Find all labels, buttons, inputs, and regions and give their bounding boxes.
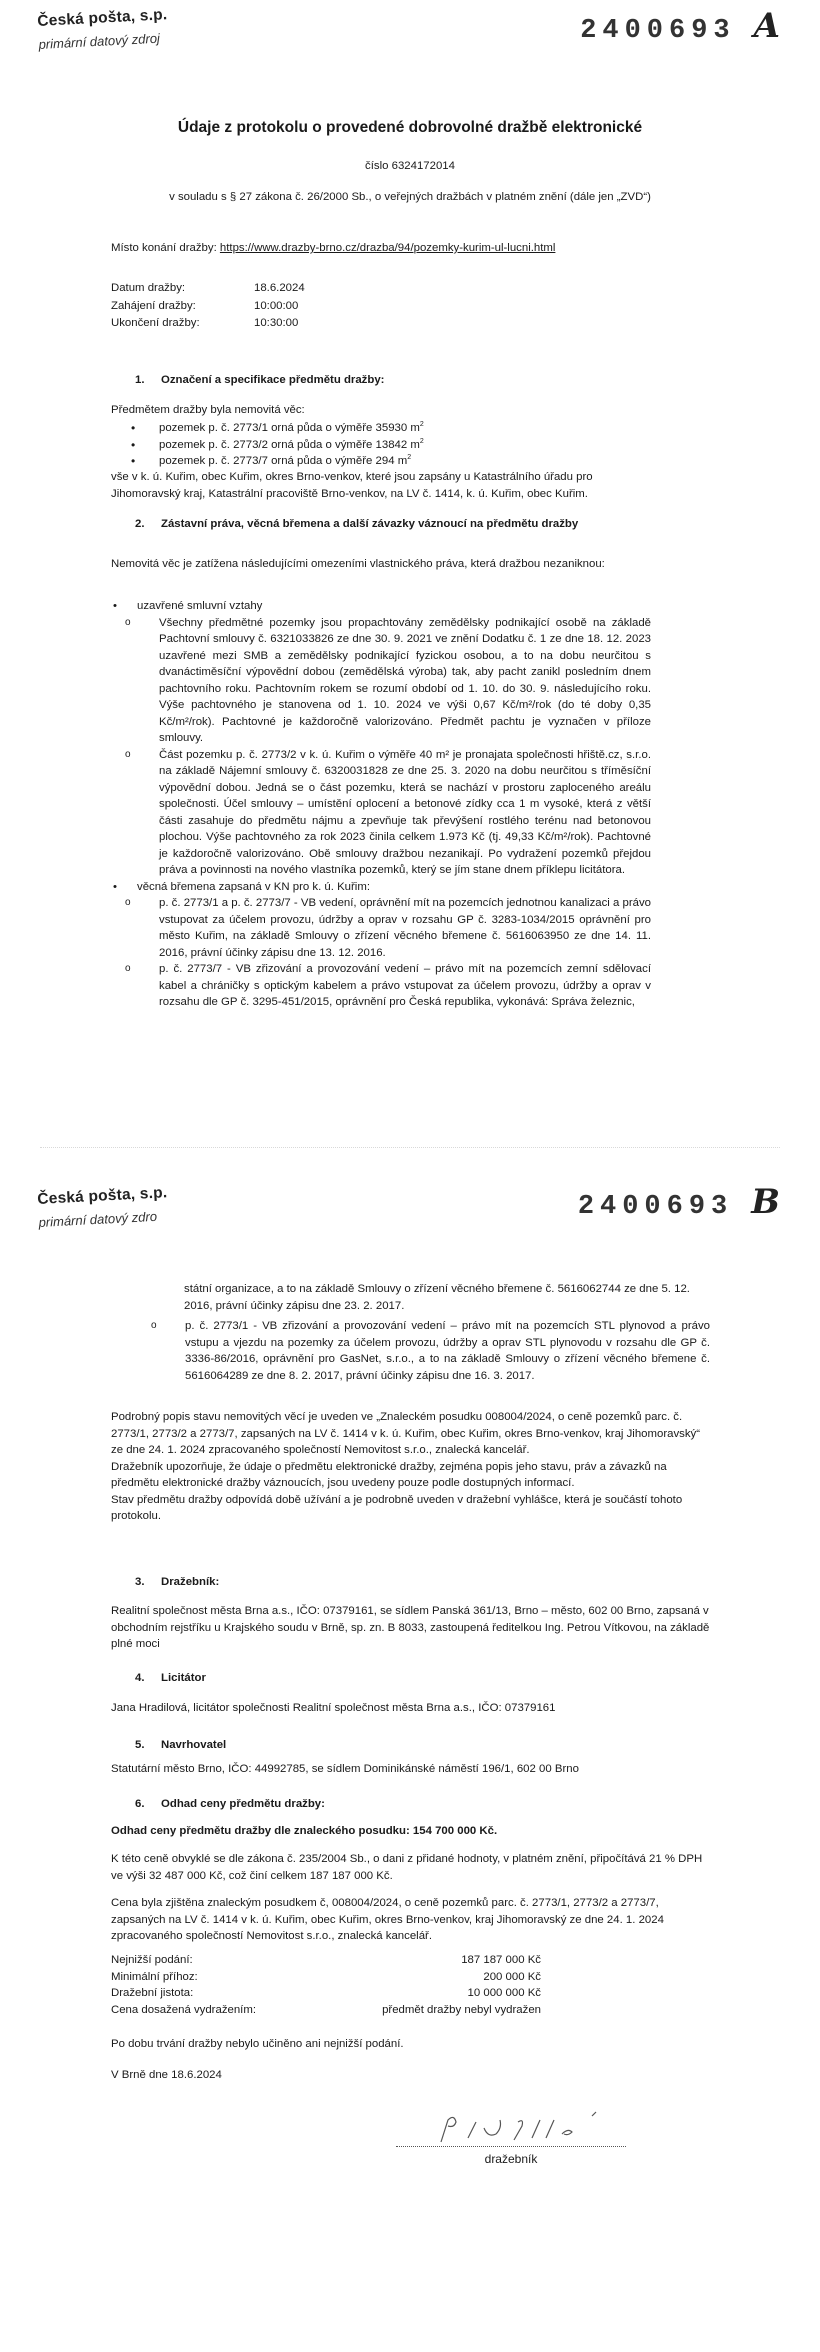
parcel-item: pozemek p. č. 2773/1 orná půda o výměře …	[111, 420, 711, 437]
section-number: 4.	[135, 1670, 161, 1687]
price-value: 187 187 000 Kč	[371, 1952, 541, 1969]
legal-basis: v souladu s § 27 zákona č. 26/2000 Sb., …	[0, 189, 820, 206]
signature-icon	[396, 2108, 626, 2146]
easement-list-continued: p. č. 2773/1 - VB zřizování a provozován…	[111, 1318, 710, 1384]
issuer-subtitle: primární datový zdro	[38, 1208, 169, 1231]
description-paragraph: Stav předmětu dražby odpovídá době užívá…	[111, 1492, 711, 1525]
document-title: Údaje z protokolu o provedené dobrovolné…	[0, 120, 820, 137]
parcel-item: pozemek p. č. 2773/7 orná půda o výměře …	[111, 453, 711, 470]
section-number: 5.	[135, 1737, 161, 1754]
stamp-letter: A	[754, 18, 780, 35]
section-number: 1.	[135, 372, 161, 389]
section1-heading: 1. Označení a specifikace předmětu dražb…	[135, 372, 735, 389]
issuer-subtitle: primární datový zdroj	[38, 30, 169, 53]
detail-value: 18.6.2024	[254, 280, 711, 297]
description-paragraph: Dražebník upozorňuje, že údaje o předmět…	[111, 1459, 711, 1492]
section-number: 3.	[135, 1574, 161, 1591]
price-label: Nejnižší podání:	[111, 1952, 371, 1969]
section3-heading: 3. Dražebník:	[135, 1574, 735, 1591]
description-paragraph: Podrobný popis stavu nemovitých věcí je …	[111, 1409, 711, 1459]
contract-item: Část pozemku p. č. 2773/2 v k. ú. Kuřim …	[111, 747, 651, 879]
section-title: Označení a specifikace předmětu dražby:	[161, 372, 384, 389]
auction-result: Po dobu trvání dražby nebylo učiněno ani…	[111, 2036, 711, 2053]
issuer-name: Česká pošta, s.p.	[37, 7, 168, 30]
price-value: 200 000 Kč	[371, 1969, 541, 1986]
section4-heading: 4. Licitátor	[135, 1670, 735, 1687]
page-stamp: 2400693 B	[578, 1194, 780, 1216]
price-label: Dražební jistota:	[111, 1985, 371, 2002]
encumbrance-groups: uzavřené smluvní vztahy Všechny předmětn…	[111, 598, 651, 1011]
section5-heading: 5. Navrhovatel	[135, 1737, 735, 1754]
contract-item: Všechny předmětné pozemky jsou propachto…	[111, 615, 651, 747]
stamp-number: 2400693	[580, 23, 735, 40]
appraisal-info: Cena byla zjištěna znaleckým posudkem č,…	[111, 1895, 711, 1945]
encumbrance-group: uzavřené smluvní vztahy Všechny předmětn…	[111, 598, 651, 879]
section1-parcel-list: pozemek p. č. 2773/1 orná půda o výměře …	[111, 420, 711, 470]
detail-value: 10:00:00	[254, 298, 711, 315]
section-title: Zástavní práva, věcná břemena a další zá…	[161, 516, 578, 533]
encumbrance-group: věcná břemena zapsaná v KN pro k. ú. Kuř…	[111, 879, 651, 1011]
property-description: Podrobný popis stavu nemovitých věcí je …	[111, 1409, 711, 1525]
section-number: 2.	[135, 516, 161, 533]
auction-place-label: Místo konání dražby:	[111, 242, 217, 254]
section-title: Licitátor	[161, 1670, 206, 1687]
issuer-header: Česká pošta, s.p. primární datový zdroj	[37, 7, 169, 53]
section2-intro: Nemovitá věc je zatížena následujícími o…	[111, 556, 751, 573]
licitator-info: Jana Hradilová, licitátor společnosti Re…	[111, 1700, 711, 1717]
signature-line	[396, 2146, 626, 2147]
price-estimate: Odhad ceny předmětu dražby dle znaleckéh…	[111, 1823, 711, 1840]
detail-value: 10:30:00	[254, 315, 711, 332]
group-label: uzavřené smluvní vztahy	[137, 600, 262, 612]
issuer-header: Česká pošta, s.p. primární datový zdro	[37, 1185, 169, 1231]
section1-intro: Předmětem dražby byla nemovitá věc:	[111, 402, 711, 419]
page-a: Česká pošta, s.p. primární datový zdroj …	[0, 0, 820, 1080]
document-number: číslo 6324172014	[0, 158, 820, 175]
price-label: Cena dosažená vydražením:	[111, 2002, 371, 2019]
section2-heading: 2. Zástavní práva, věcná břemena a další…	[135, 516, 735, 533]
parcel-item: pozemek p. č. 2773/2 orná půda o výměře …	[111, 437, 711, 454]
signature-block: dražebník	[396, 2108, 626, 2168]
issuer-name: Česká pošta, s.p.	[37, 1185, 168, 1208]
section-title: Dražebník:	[161, 1574, 219, 1591]
detail-label: Datum dražby:	[111, 280, 254, 297]
price-value: 10 000 000 Kč	[371, 1985, 541, 2002]
auction-place: Místo konání dražby: https://www.drazby-…	[111, 240, 711, 257]
easement-continuation: státní organizace, a to na základě Smlou…	[184, 1281, 710, 1314]
auction-url-link[interactable]: https://www.drazby-brno.cz/drazba/94/poz…	[220, 242, 556, 254]
section6-heading: 6. Odhad ceny předmětu dražby:	[135, 1796, 735, 1813]
auctioneer-info: Realitní společnost města Brna a.s., IČO…	[111, 1603, 711, 1653]
section-title: Odhad ceny předmětu dražby:	[161, 1796, 325, 1813]
place-date: V Brně dne 18.6.2024	[111, 2067, 711, 2084]
price-table: Nejnižší podání: 187 187 000 Kč Minimáln…	[111, 1952, 551, 2018]
stamp-letter: B	[751, 1194, 780, 1211]
section1-location: vše v k. ú. Kuřim, obec Kuřim, okres Brn…	[111, 469, 651, 502]
auction-details: Datum dražby: 18.6.2024 Zahájení dražby:…	[111, 280, 711, 332]
easement-item: p. č. 2773/1 - VB zřizování a provozován…	[137, 1318, 710, 1384]
group-label: věcná břemena zapsaná v KN pro k. ú. Kuř…	[137, 881, 370, 893]
easement-item: p. č. 2773/7 - VB zřizování a provozován…	[111, 961, 651, 1011]
stamp-number: 2400693	[578, 1199, 733, 1216]
detail-label: Zahájení dražby:	[111, 298, 254, 315]
section-number: 6.	[135, 1796, 161, 1813]
page-stamp: 2400693 A	[580, 18, 780, 40]
detail-label: Ukončení dražby:	[111, 315, 254, 332]
vat-info: K této ceně obvyklé se dle zákona č. 235…	[111, 1851, 711, 1884]
proposer-info: Statutární město Brno, IČO: 44992785, se…	[111, 1761, 711, 1778]
auction-result-value: předmět dražby nebyl vydražen	[371, 2002, 541, 2019]
section-title: Navrhovatel	[161, 1737, 226, 1754]
signature-label: dražebník	[396, 2151, 626, 2168]
price-label: Minimální příhoz:	[111, 1969, 371, 1986]
easement-item: p. č. 2773/1 a p. č. 2773/7 - VB vedení,…	[111, 895, 651, 961]
page-separator	[40, 1147, 780, 1149]
